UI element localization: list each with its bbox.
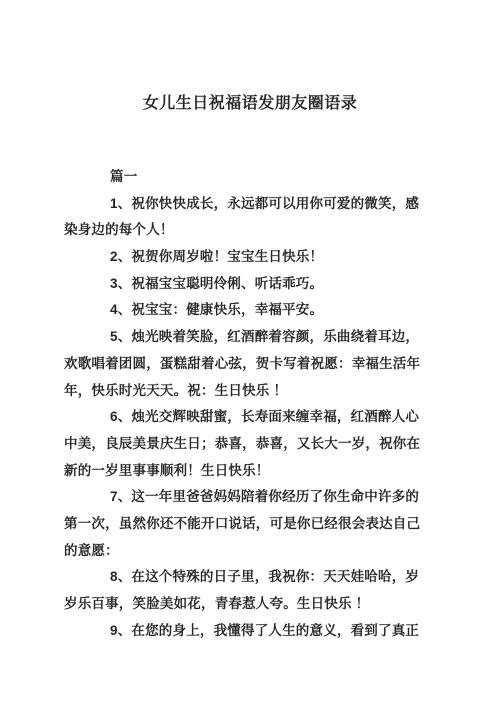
paragraph-first-line: 4、祝宝宝：健康快乐，幸福平安。 [64, 297, 484, 324]
paragraph: 8、在这个特殊的日子里，我祝你：天天娃哈哈，岁岁乐百事，笑脸美如花，青春惹人夸。… [64, 564, 484, 617]
paragraph: 7、这一年里爸爸妈妈陪着你经历了你生命中许多的第一次，虽然你还不能开口说话，可是… [64, 484, 484, 564]
paragraph: 2、祝贺你周岁啦！宝宝生日快乐！ [64, 244, 484, 271]
paragraph-list: 1、祝你快快成长，永远都可以用你可爱的微笑，感染身边的每个人！2、祝贺你周岁啦！… [64, 191, 484, 645]
paragraph-first-line: 5、烛光映着笑脸，红酒醉着容颜，乐曲绕着耳边， [64, 324, 484, 351]
paragraph-line: 染身边的每个人！ [64, 217, 484, 244]
paragraph-first-line: 1、祝你快快成长，永远都可以用你可爱的微笑，感 [64, 191, 484, 218]
document-page: 女儿生日祝福语发朋友圈语录 篇一 1、祝你快快成长，永远都可以用你可爱的微笑，感… [0, 0, 500, 708]
paragraph-line: 年，快乐时光天天。祝：生日快乐 ！ [64, 378, 484, 405]
paragraph: 6、烛光交辉映甜蜜，长寿面来缠幸福，红酒醉人心中美，良辰美景庆生日；恭喜，恭喜，… [64, 404, 484, 484]
paragraph-line: 新的一岁里事事顺利！生日快乐！ [64, 458, 484, 485]
paragraph-line: 第一次，虽然你还不能开口说话，可是你已经很会表达自己 [64, 511, 484, 538]
paragraph: 5、烛光映着笑脸，红酒醉着容颜，乐曲绕着耳边，欢歌唱着团圆，蛋糕甜着心弦，贺卡写… [64, 324, 484, 404]
section-heading: 篇一 [64, 164, 484, 191]
paragraph-first-line: 6、烛光交辉映甜蜜，长寿面来缠幸福，红酒醉人心 [64, 404, 484, 431]
paragraph: 1、祝你快快成长，永远都可以用你可爱的微笑，感染身边的每个人！ [64, 191, 484, 244]
document-title: 女儿生日祝福语发朋友圈语录 [0, 90, 500, 113]
paragraph-first-line: 3、祝福宝宝聪明伶俐、听话乖巧。 [64, 271, 484, 298]
paragraph: 9、在您的身上，我懂得了人生的意义，看到了真正 [64, 618, 484, 645]
document-body: 篇一 1、祝你快快成长，永远都可以用你可爱的微笑，感染身边的每个人！2、祝贺你周… [64, 164, 484, 644]
paragraph: 3、祝福宝宝聪明伶俐、听话乖巧。 [64, 271, 484, 298]
paragraph-line: 中美，良辰美景庆生日；恭喜，恭喜，又长大一岁，祝你在 [64, 431, 484, 458]
paragraph-first-line: 8、在这个特殊的日子里，我祝你：天天娃哈哈，岁 [64, 564, 484, 591]
paragraph-first-line: 7、这一年里爸爸妈妈陪着你经历了你生命中许多的 [64, 484, 484, 511]
paragraph-first-line: 9、在您的身上，我懂得了人生的意义，看到了真正 [64, 618, 484, 645]
paragraph-line: 岁乐百事，笑脸美如花，青春惹人夸。生日快乐 ！ [64, 591, 484, 618]
paragraph-line: 欢歌唱着团圆，蛋糕甜着心弦，贺卡写着祝愿：幸福生活年 [64, 351, 484, 378]
paragraph-line: 的意愿： [64, 538, 484, 565]
paragraph-first-line: 2、祝贺你周岁啦！宝宝生日快乐！ [64, 244, 484, 271]
paragraph: 4、祝宝宝：健康快乐，幸福平安。 [64, 297, 484, 324]
